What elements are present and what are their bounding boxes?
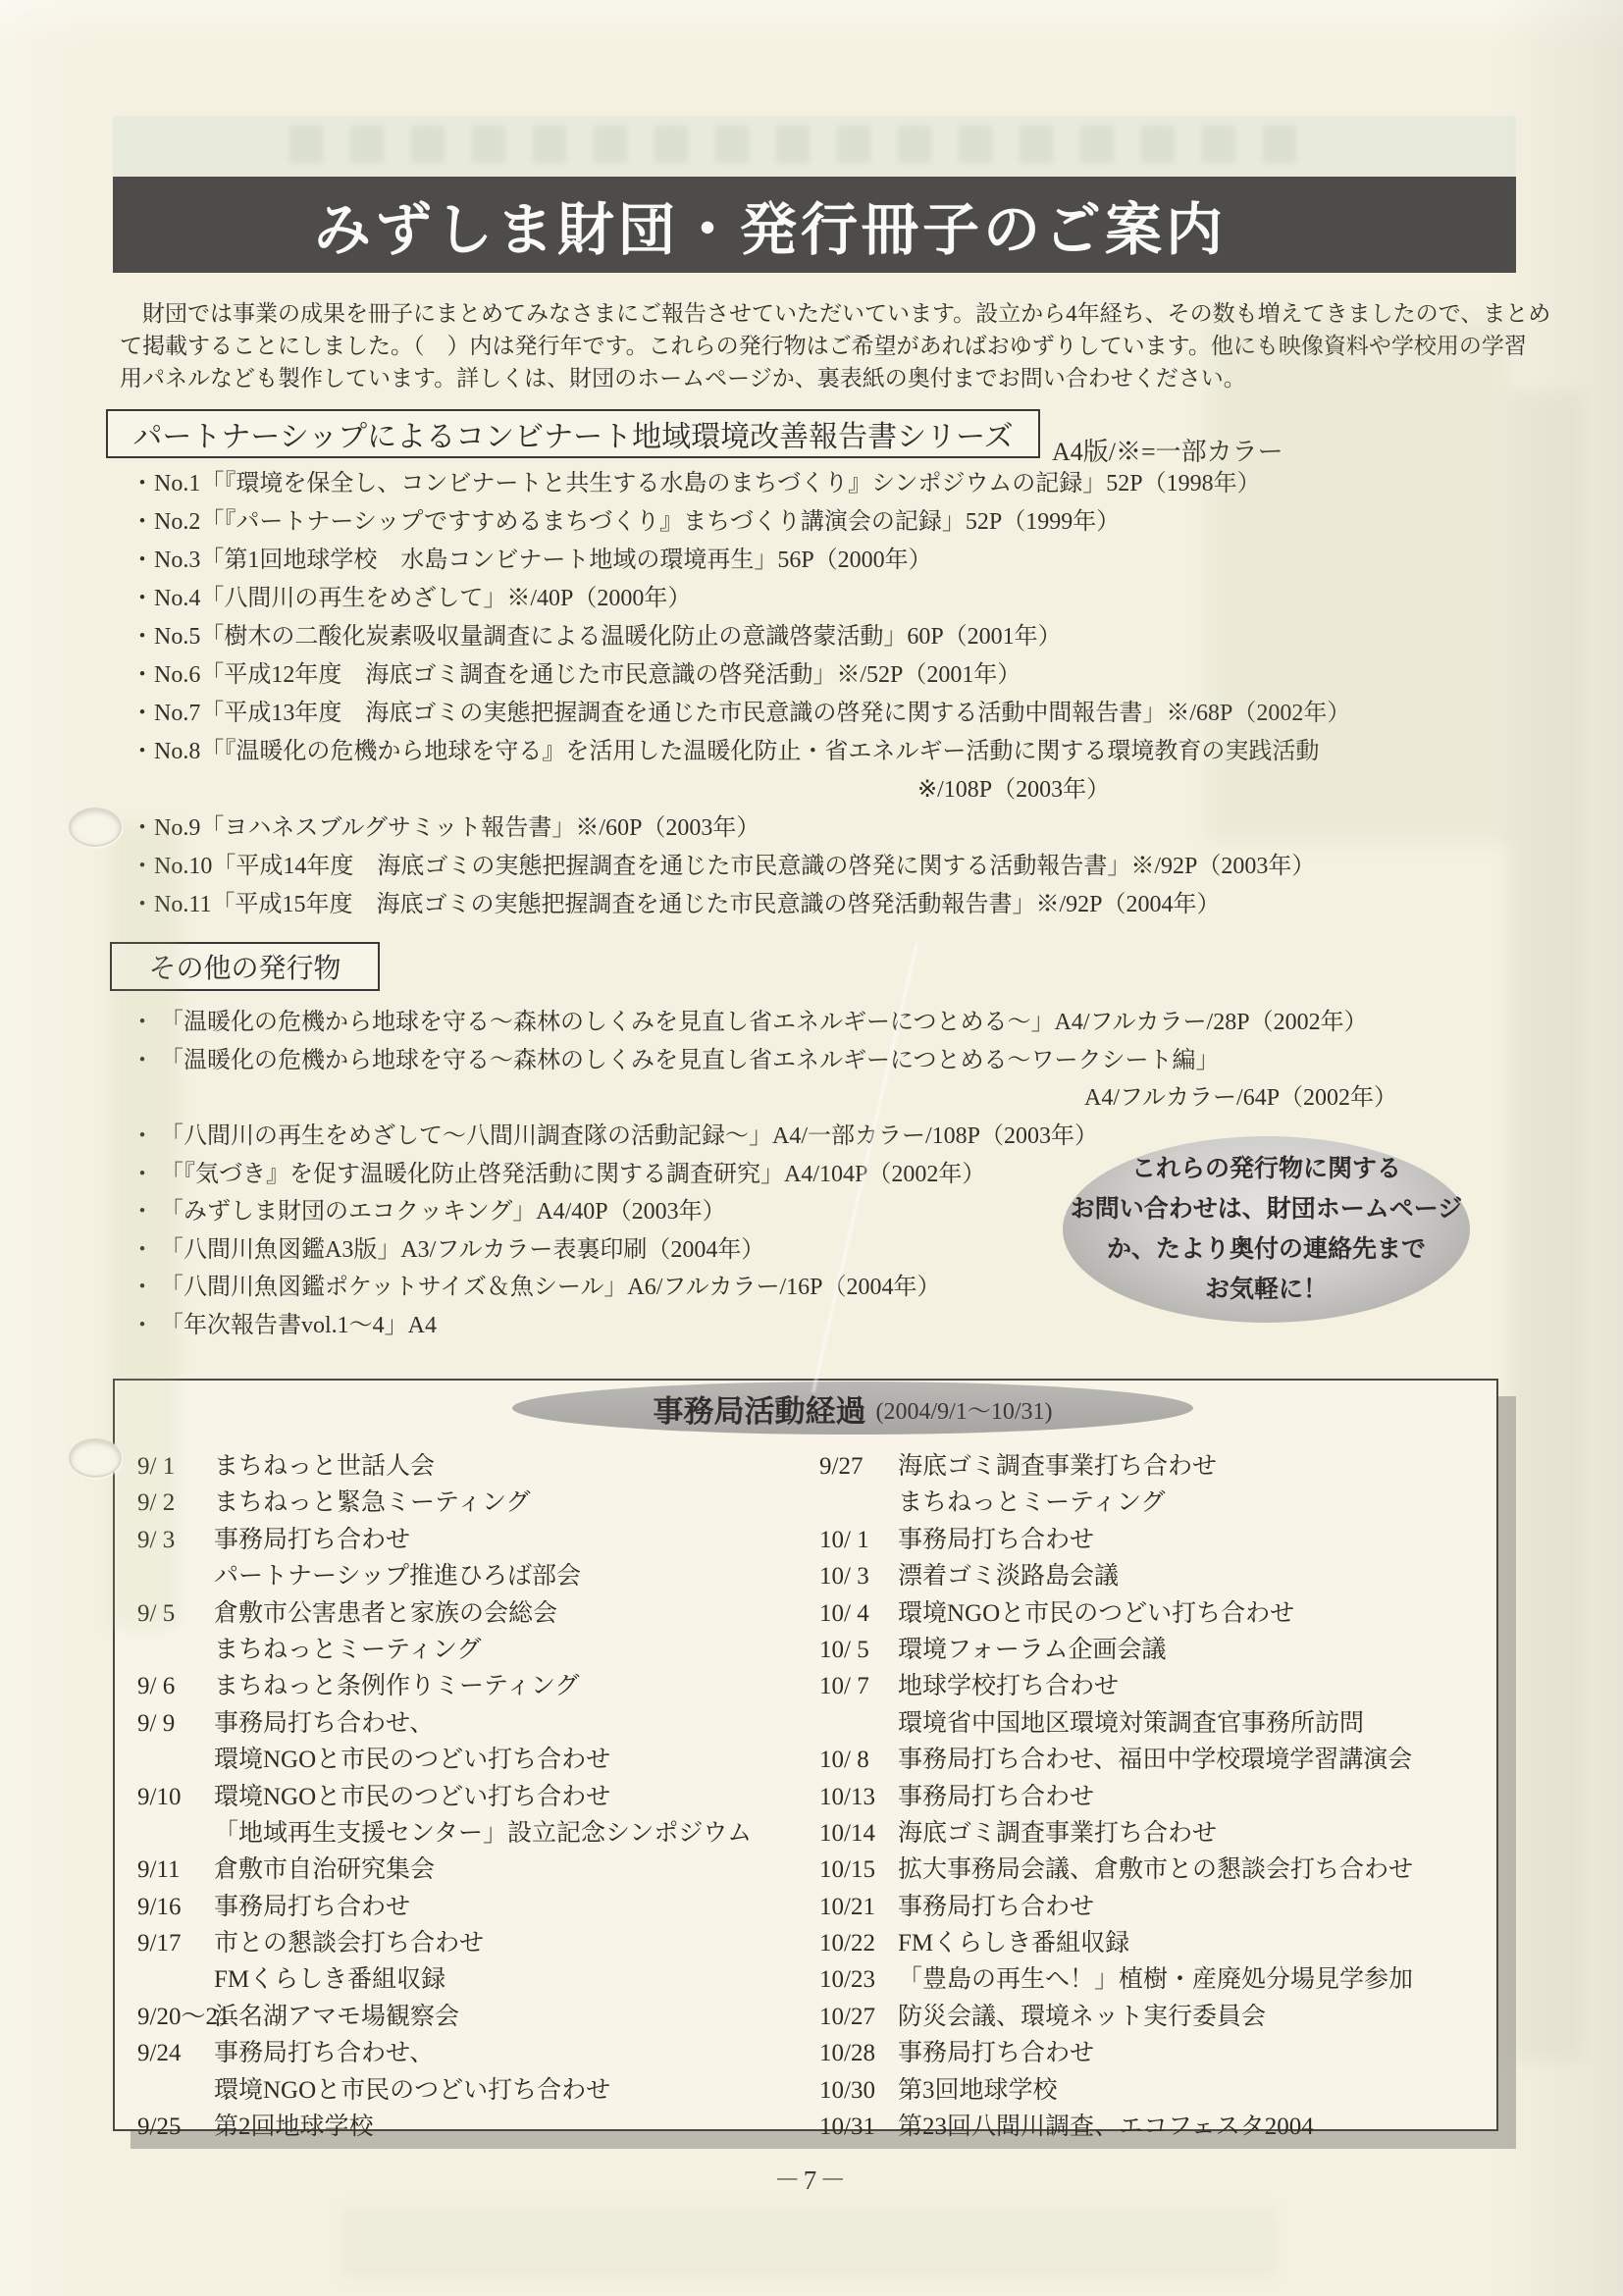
activity-row: 9/16 事務局打ち合わせ (137, 1889, 819, 1925)
others-heading-box: その他の発行物 (110, 942, 380, 991)
activity-event: 環境フォーラム企画会議 (898, 1632, 1167, 1668)
bleed-through-text-smudge (289, 126, 1320, 163)
activity-event: 海底ゴミ調査事業打ち合わせ (898, 1815, 1217, 1852)
activity-event: 拡大事務局会議、倉敷市との懇談会打ち合わせ (898, 1852, 1413, 1888)
activity-event: 事務局打ち合わせ、福田中学校環境学習講演会 (898, 1742, 1412, 1778)
activity-event: まちねっと世話人会 (214, 1448, 435, 1485)
activity-date: 10/23 (819, 1961, 875, 1998)
activity-date: 9/ 1 (137, 1448, 175, 1485)
activity-date: 10/27 (819, 1999, 875, 2035)
activity-row: 9/25 第2回地球学校 (137, 2109, 819, 2145)
publication-item: ・No.8「『温暖化の危機から地球を守る』を活用した温暖化防止・省エネルギー活動… (131, 733, 1524, 771)
page-title: みずしま財団・発行冊子のご案内 (314, 183, 1227, 266)
contact-bubble-line: お問い合わせは、財団ホームページ (1071, 1189, 1463, 1229)
intro-line: て掲載することにしました。（ ）内は発行年です。これらの発行物はご希望があればお… (120, 330, 1543, 362)
activity-row: 10/21 事務局打ち合わせ (819, 1889, 1487, 1925)
activity-date: 10/ 4 (819, 1595, 869, 1632)
publication-item: ・No.11「平成15年度 海底ゴミの実態把握調査を通じた市民意識の啓発活動報告… (131, 886, 1524, 924)
activity-row: 「地域再生支援センター」設立記念シンポジウム (137, 1815, 819, 1852)
activity-date: 9/25 (137, 2109, 181, 2145)
others-heading: その他の発行物 (148, 947, 340, 986)
activity-event: 「豊島の再生へ！」植樹・産廃処分場見学参加 (898, 1961, 1413, 1998)
activity-event: 倉敷市公害患者と家族の会総会 (214, 1595, 557, 1632)
activity-date: 10/ 8 (819, 1742, 869, 1778)
activity-date: 9/16 (137, 1889, 181, 1925)
activity-date: 9/ 9 (137, 1705, 175, 1742)
intro-line: 用パネルなども製作しています。詳しくは、財団のホームページか、裏表紙の奥付までお… (120, 362, 1543, 394)
activity-event: 第3回地球学校 (898, 2072, 1058, 2109)
activity-row: まちねっとミーティング (819, 1485, 1487, 1521)
activity-row: FMくらしき番組収録 (137, 1961, 819, 1998)
publication-item: ・No.4「八間川の再生をめざして」※/40P（2000年） (131, 580, 1524, 618)
publication-item: ・No.2「『パートナーシップですすめるまちづくり』まちづくり講演会の記録」52… (131, 503, 1524, 542)
activity-event: 第2回地球学校 (214, 2109, 374, 2145)
activity-event: 環境NGOと市民のつどい打ち合わせ (214, 1779, 610, 1815)
activity-row: 9/10 環境NGOと市民のつどい打ち合わせ (137, 1779, 819, 1815)
activity-row: 9/11 倉敷市自治研究集会 (137, 1852, 819, 1888)
activity-event: まちねっと条例作りミーティング (214, 1668, 580, 1704)
activity-row: パートナーシップ推進ひろば部会 (137, 1558, 819, 1594)
others-list-part1: ・ 「温暖化の危機から地球を守る～森林のしくみを見直し省エネルギーにつとめる～」… (131, 1004, 1524, 1079)
bleed-through-smudge (343, 2208, 1276, 2276)
activity-date: 10/28 (819, 2035, 875, 2071)
series-heading: パートナーシップによるコンビナート地域環境改善報告書シリーズ (132, 412, 1013, 455)
activity-row: 10/ 5 環境フォーラム企画会議 (819, 1632, 1487, 1668)
activity-date: 9/ 3 (137, 1522, 175, 1558)
publication-item: ・ 「温暖化の危機から地球を守る～森林のしくみを見直し省エネルギーにつとめる～ワ… (131, 1042, 1524, 1080)
publication-item: ・No.7「平成13年度 海底ゴミの実態把握調査を通じた市民意識の啓発に関する活… (131, 695, 1524, 733)
activity-row: 9/ 2 まちねっと緊急ミーティング (137, 1485, 819, 1521)
activity-event: 事務局打ち合わせ (214, 1522, 410, 1558)
contact-bubble-line: これらの発行物に関する (1131, 1149, 1401, 1189)
activity-row: 10/ 7 地球学校打ち合わせ (819, 1668, 1487, 1704)
publication-item: ・No.6「平成12年度 海底ゴミ調査を通じた市民意識の啓発活動」※/52P（2… (131, 656, 1524, 695)
activity-event: 防災会議、環境ネット実行委員会 (898, 1999, 1266, 2035)
activity-heading-oval: 事務局活動経過 (2004/9/1～10/31) (512, 1382, 1193, 1435)
activity-row: 9/ 6 まちねっと条例作りミーティング (137, 1668, 819, 1704)
format-note: A4版/※=一部カラー (1052, 432, 1283, 468)
activity-event: FMくらしき番組収録 (214, 1961, 445, 1998)
scanned-newsletter-page: みずしま財団・発行冊子のご案内 財団では事業の成果を冊子にまとめてみなさまにご報… (0, 0, 1623, 2296)
activity-row: 10/28 事務局打ち合わせ (819, 2035, 1487, 2071)
series-list-part2: ・No.9「ヨハネスブルグサミット報告書」※/60P（2003年）・No.10「… (131, 809, 1524, 924)
activity-row: 10/13 事務局打ち合わせ (819, 1779, 1487, 1815)
activity-date: 10/ 1 (819, 1522, 869, 1558)
activity-row: 環境省中国地区環境対策調査官事務所訪問 (819, 1705, 1487, 1742)
activity-date: 9/10 (137, 1779, 181, 1815)
punch-hole-bottom (69, 1438, 122, 1478)
activity-date: 10/ 3 (819, 1558, 869, 1594)
contact-bubble-line: か、たより奥付の連絡先まで (1107, 1229, 1426, 1270)
activity-row: 10/31 第23回八間川調査、エコフェスタ2004 (819, 2109, 1487, 2145)
contact-bubble: これらの発行物に関するお問い合わせは、財団ホームページか、たより奥付の連絡先まで… (1063, 1136, 1470, 1323)
activity-date: 10/ 7 (819, 1668, 869, 1704)
worksheet-continuation: A4/フルカラー/64P（2002年） (1084, 1079, 1397, 1118)
activity-date: 9/ 2 (137, 1485, 175, 1521)
activity-row: 9/27 海底ゴミ調査事業打ち合わせ (819, 1448, 1487, 1485)
publication-item: ・No.3「第1回地球学校 水島コンビナート地域の環境再生」56P（2000年） (131, 542, 1524, 580)
series-heading-box: パートナーシップによるコンビナート地域環境改善報告書シリーズ (106, 409, 1040, 458)
activity-event: 環境NGOと市民のつどい打ち合わせ (898, 1595, 1294, 1632)
activity-event: 倉敷市自治研究集会 (214, 1852, 435, 1888)
activity-row: 10/ 4 環境NGOと市民のつどい打ち合わせ (819, 1595, 1487, 1632)
activity-date: 10/14 (819, 1815, 875, 1852)
activity-event: 環境NGOと市民のつどい打ち合わせ (214, 1742, 610, 1778)
activity-row: 10/22 FMくらしき番組収録 (819, 1925, 1487, 1961)
bleed-through-band (113, 116, 1516, 177)
activity-period: (2004/9/1～10/31) (876, 1391, 1053, 1426)
activity-event: 事務局打ち合わせ (898, 1779, 1094, 1815)
activity-event: 第23回八間川調査、エコフェスタ2004 (898, 2109, 1314, 2145)
activity-event: 浜名湖アマモ場観察会 (214, 1999, 459, 2035)
publication-item: ・No.1「『環境を保全し、コンビナートと共生する水島のまちづくり』シンポジウム… (131, 465, 1524, 503)
activity-row: 9/17 市との懇談会打ち合わせ (137, 1925, 819, 1961)
activity-event: 海底ゴミ調査事業打ち合わせ (898, 1448, 1217, 1485)
activity-date: 10/30 (819, 2072, 875, 2109)
activity-row: 10/23 「豊島の再生へ！」植樹・産廃処分場見学参加 (819, 1961, 1487, 1998)
activity-event: 事務局打ち合わせ (898, 1522, 1094, 1558)
activity-row: 10/27 防災会議、環境ネット実行委員会 (819, 1999, 1487, 2035)
activity-event: 地球学校打ち合わせ (898, 1668, 1119, 1704)
activity-date: 9/27 (819, 1448, 863, 1485)
activity-date: 10/ 5 (819, 1632, 869, 1668)
activity-event: 漂着ゴミ淡路島会議 (898, 1558, 1119, 1594)
activity-event: 事務局打ち合わせ (898, 1889, 1094, 1925)
publication-item: ・No.5「樹木の二酸化炭素吸収量調査による温暖化防止の意識啓蒙活動」60P（2… (131, 618, 1524, 656)
activity-date: 10/21 (819, 1889, 875, 1925)
activity-event: FMくらしき番組収録 (898, 1925, 1129, 1961)
contact-bubble-line: お気軽に！ (1205, 1270, 1328, 1310)
activity-date: 9/11 (137, 1852, 181, 1888)
activity-row: 10/15 拡大事務局会議、倉敷市との懇談会打ち合わせ (819, 1852, 1487, 1888)
activity-event: 環境省中国地区環境対策調査官事務所訪問 (898, 1705, 1364, 1742)
series-list-part1: ・No.1「『環境を保全し、コンビナートと共生する水島のまちづくり』シンポジウム… (131, 465, 1524, 771)
activity-date: 10/22 (819, 1925, 875, 1961)
activity-row: 10/ 1 事務局打ち合わせ (819, 1522, 1487, 1558)
activity-event: まちねっとミーティング (214, 1632, 482, 1668)
activity-row: 9/ 1 まちねっと世話人会 (137, 1448, 819, 1485)
activity-row: 環境NGOと市民のつどい打ち合わせ (137, 2072, 819, 2109)
series-no8-continuation: ※/108P（2003年） (917, 771, 1110, 809)
activity-date: 9/17 (137, 1925, 181, 1961)
activity-row: 10/ 3 漂着ゴミ淡路島会議 (819, 1558, 1487, 1594)
activity-event: 事務局打ち合わせ、 (214, 2035, 434, 2071)
activity-row: 10/14 海底ゴミ調査事業打ち合わせ (819, 1815, 1487, 1852)
activity-date: 10/31 (819, 2109, 875, 2145)
activity-event: 市との懇談会打ち合わせ (214, 1925, 484, 1961)
activity-column-right: 9/27 海底ゴミ調査事業打ち合わせ まちねっとミーティング 10/ 1 事務局… (819, 1448, 1487, 2145)
punch-hole-top (69, 808, 122, 847)
activity-row: まちねっとミーティング (137, 1632, 819, 1668)
publication-item: ・No.9「ヨハネスブルグサミット報告書」※/60P（2003年） (131, 809, 1524, 848)
publication-item: ・ 「温暖化の危機から地球を守る～森林のしくみを見直し省エネルギーにつとめる～」… (131, 1004, 1524, 1042)
title-banner: みずしま財団・発行冊子のご案内 (113, 177, 1516, 273)
publication-item: ・No.10「平成14年度 海底ゴミの実態把握調査を通じた市民意識の啓発に関する… (131, 848, 1524, 886)
activity-event: 「地域再生支援センター」設立記念シンポジウム (214, 1815, 752, 1852)
activity-event: 事務局打ち合わせ (898, 2035, 1094, 2071)
page-number: －7－ (0, 2159, 1623, 2197)
activity-row: 10/ 8 事務局打ち合わせ、福田中学校環境学習講演会 (819, 1742, 1487, 1778)
activity-date: 9/ 6 (137, 1668, 175, 1704)
activity-event: 事務局打ち合わせ (214, 1889, 410, 1925)
activity-date: 9/ 5 (137, 1595, 175, 1632)
activity-event: パートナーシップ推進ひろば部会 (214, 1558, 581, 1594)
activity-row: 環境NGOと市民のつどい打ち合わせ (137, 1742, 819, 1778)
activity-row: 9/ 3 事務局打ち合わせ (137, 1522, 819, 1558)
intro-paragraph: 財団では事業の成果を冊子にまとめてみなさまにご報告させていただいています。設立か… (120, 297, 1543, 394)
activity-row: 9/ 5 倉敷市公害患者と家族の会総会 (137, 1595, 819, 1632)
activity-event: 環境NGOと市民のつどい打ち合わせ (214, 2072, 610, 2109)
activity-row: 9/20～21 浜名湖アマモ場観察会 (137, 1999, 819, 2035)
activity-row: 9/ 9 事務局打ち合わせ、 (137, 1705, 819, 1742)
activity-column-left: 9/ 1 まちねっと世話人会 9/ 2 まちねっと緊急ミーティング 9/ 3 事… (137, 1448, 819, 2145)
activity-event: 事務局打ち合わせ、 (214, 1705, 434, 1742)
activity-date: 9/24 (137, 2035, 181, 2071)
activity-event: まちねっとミーティング (898, 1485, 1166, 1521)
activity-date: 10/13 (819, 1779, 875, 1815)
activity-date: 10/15 (819, 1852, 875, 1888)
activity-row: 9/24 事務局打ち合わせ、 (137, 2035, 819, 2071)
activity-heading: 事務局活動経過 (654, 1386, 866, 1431)
intro-line: 財団では事業の成果を冊子にまとめてみなさまにご報告させていただいています。設立か… (120, 297, 1543, 330)
activity-row: 10/30 第3回地球学校 (819, 2072, 1487, 2109)
activity-event: まちねっと緊急ミーティング (214, 1485, 531, 1521)
